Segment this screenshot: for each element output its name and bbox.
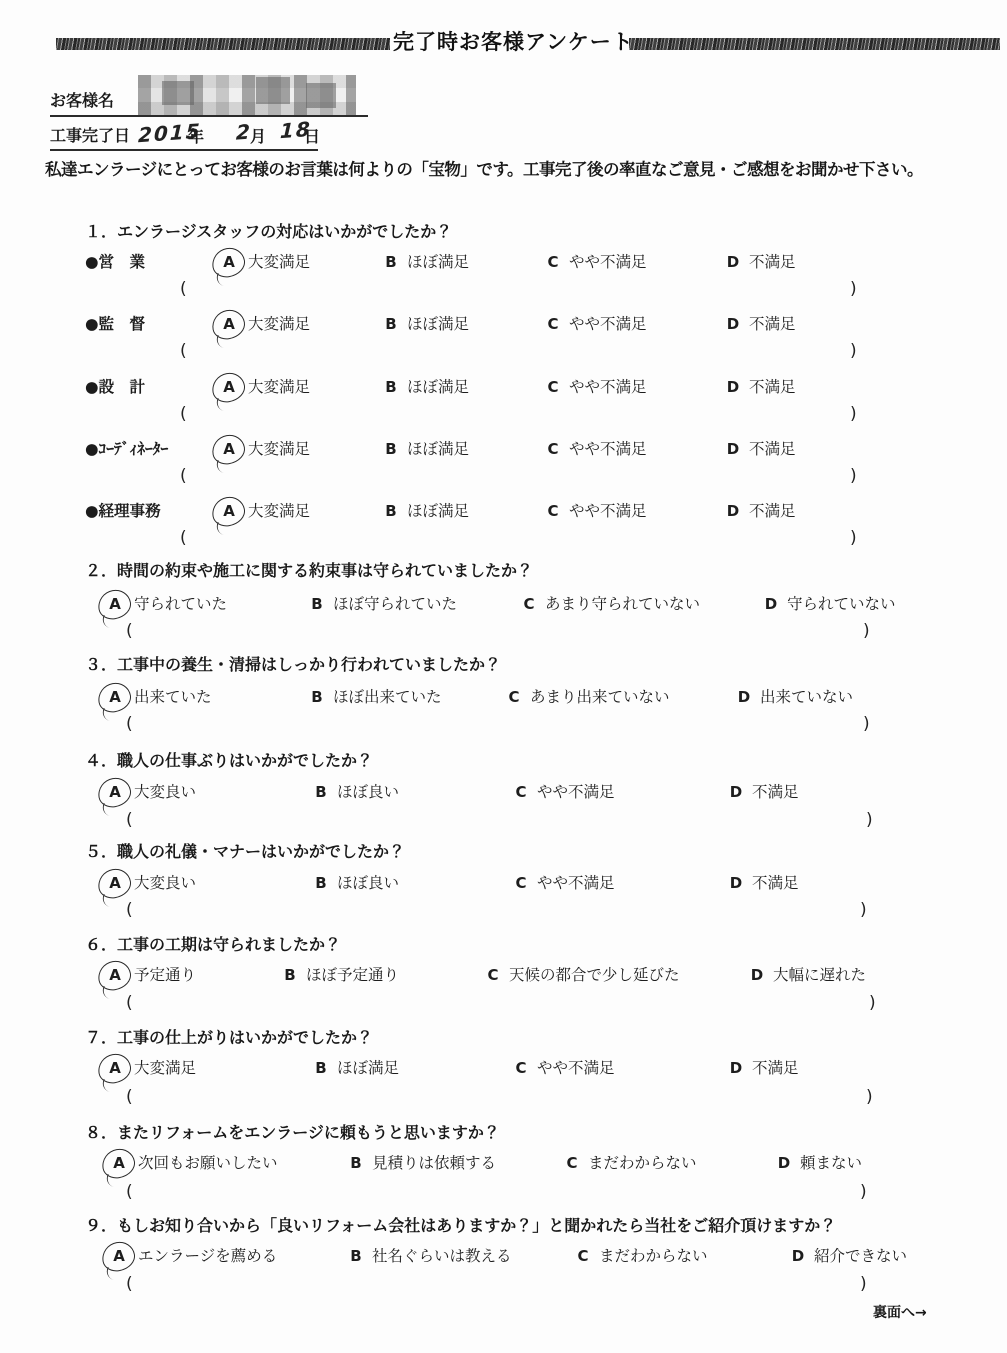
question-3-title: ３．工事中の養生・清掃はしっかり行われていましたか？ (85, 652, 501, 675)
q2-option-d: D守られていない (764, 592, 896, 614)
q1-sales-option-a: A大変満足 (222, 250, 310, 272)
customer-name-label: お客様名 (50, 88, 114, 111)
q9-option-a: Aエンラージを薦める (112, 1244, 277, 1266)
q4-option-b: Bほぼ良い (314, 780, 399, 802)
q1-design-option-b: Bほぼ満足 (384, 375, 469, 397)
question-5-title: ５．職人の礼儀・マナーはいかがでしたか？ (85, 839, 405, 862)
q5-comment-field: ( ) (0, 900, 1007, 924)
q9-options-row: Aエンラージを薦める B社名ぐらいは教える Cまだわからない D紹介できない (0, 1244, 1007, 1270)
q2-option-a: A守られていた (108, 592, 227, 614)
q3-options-row: A出来ていた Bほぼ出来ていた Cあまり出来ていない D出来ていない (0, 685, 1007, 711)
year-suffix: 年 (188, 124, 204, 147)
q1-subject-coordinator: ●ｺｰﾃﾞｨﾈｰﾀｰ (85, 437, 168, 459)
q7-option-b: Bほぼ満足 (314, 1056, 399, 1078)
q1-accounting-option-b: Bほぼ満足 (384, 499, 469, 521)
q1-subject-sales: ●営 業 (85, 250, 145, 272)
q1-coordinator-option-d: D不満足 (726, 437, 796, 459)
q6-option-c: C天候の都合で少し延びた (486, 963, 680, 985)
q1-subject-design: ●設 計 (85, 375, 145, 397)
q7-option-c: Cやや不満足 (514, 1056, 615, 1078)
redaction-block (306, 83, 336, 108)
q4-option-a: A大変良い (108, 780, 196, 802)
q1-design-option-c: Cやや不満足 (546, 375, 647, 397)
q7-comment-field: ( ) (0, 1087, 1007, 1111)
q8-option-d: D頼まない (777, 1151, 862, 1173)
q2-option-b: Bほぼ守られていた (310, 592, 457, 614)
q2-options-row: A守られていた Bほぼ守られていた Cあまり守られていない D守られていない (0, 592, 1007, 618)
q4-option-d: D不満足 (729, 780, 799, 802)
q3-option-d: D出来ていない (737, 685, 853, 707)
redaction-block (162, 81, 194, 105)
q1-design-option-a: A大変満足 (222, 375, 310, 397)
q1-subject-accounting: ●経理事務 (85, 499, 161, 521)
question-1-title: １．エンラージスタッフの対応はいかがでしたか？ (85, 219, 452, 242)
redaction-block (256, 77, 290, 104)
q1-row-coordinator: ●ｺｰﾃﾞｨﾈｰﾀｰ A大変満足 Bほぼ満足 Cやや不満足 D不満足 (0, 437, 1007, 463)
q2-comment-field: ( ) (0, 621, 1007, 645)
q5-option-b: Bほぼ良い (314, 871, 399, 893)
question-8-title: ８．またリフォームをエンラージに頼もうと思いますか？ (85, 1120, 500, 1143)
intro-text: 私達エンラージにとってお客様のお言葉は何よりの「宝物」です。工事完了後の率直なご… (45, 156, 995, 180)
q1-accounting-option-c: Cやや不満足 (546, 499, 647, 521)
q5-options-row: A大変良い Bほぼ良い Cやや不満足 D不満足 (0, 871, 1007, 897)
completion-date-label: 工事完了日 (50, 123, 130, 146)
q1-design-comment-field: ( ) (0, 404, 1007, 428)
q1-row-accounting: ●経理事務 A大変満足 Bほぼ満足 Cやや不満足 D不満足 (0, 499, 1007, 525)
q6-option-b: Bほぼ予定通り (283, 963, 399, 985)
q5-option-c: Cやや不満足 (514, 871, 615, 893)
q8-option-a: A次回もお願いしたい (112, 1151, 278, 1173)
question-9-title: ９．もしお知り合いから「良いリフォーム会社はありますか？」と聞かれたら当社をご紹… (85, 1213, 836, 1236)
q1-supervisor-option-d: D不満足 (726, 312, 796, 334)
q1-accounting-option-a: A大変満足 (222, 499, 310, 521)
q5-option-a: A大変良い (108, 871, 196, 893)
q1-coordinator-comment-field: ( ) (0, 466, 1007, 490)
q6-option-a: A予定通り (108, 963, 196, 985)
month-suffix: 月 (250, 124, 266, 147)
question-7-title: ７．工事の仕上がりはいかがでしたか？ (85, 1025, 373, 1048)
q1-supervisor-option-a: A大変満足 (222, 312, 310, 334)
q1-supervisor-comment-field: ( ) (0, 341, 1007, 365)
q1-sales-option-b: Bほぼ満足 (384, 250, 469, 272)
q9-option-d: D紹介できない (791, 1244, 907, 1266)
q8-comment-field: ( ) (0, 1182, 1007, 1206)
q1-sales-comment-field: ( ) (0, 279, 1007, 303)
q9-option-b: B社名ぐらいは教える (349, 1244, 512, 1266)
q1-sales-option-c: Cやや不満足 (546, 250, 647, 272)
q3-option-a: A出来ていた (108, 685, 212, 707)
q1-supervisor-option-c: Cやや不満足 (546, 312, 647, 334)
q1-row-design: ●設 計 A大変満足 Bほぼ満足 Cやや不満足 D不満足 (0, 375, 1007, 401)
q3-comment-field: ( ) (0, 714, 1007, 738)
q7-options-row: A大変満足 Bほぼ満足 Cやや不満足 D不満足 (0, 1056, 1007, 1082)
q3-option-b: Bほぼ出来ていた (310, 685, 442, 707)
q1-accounting-option-d: D不満足 (726, 499, 796, 521)
customer-name-underline (50, 115, 368, 117)
question-6-title: ６．工事の工期は守られましたか？ (85, 932, 341, 955)
q1-row-supervisor: ●監 督 A大変満足 Bほぼ満足 Cやや不満足 D不満足 (0, 312, 1007, 338)
q7-option-d: D不満足 (729, 1056, 799, 1078)
back-page-note: 裏面へ→ (873, 1302, 927, 1322)
q1-subject-supervisor: ●監 督 (85, 312, 145, 334)
completion-date-underline (50, 149, 318, 151)
q9-option-c: Cまだわからない (576, 1244, 708, 1266)
q6-option-d: D大幅に遅れた (750, 963, 866, 985)
q3-option-c: Cあまり出来ていない (507, 685, 670, 707)
customer-name-redacted (138, 75, 356, 115)
survey-form-page: 完了時お客様アンケート お客様名 工事完了日 2015 年 2 月 18 日 私… (0, 0, 1007, 1353)
question-2-title: ２．時間の約束や施工に関する約束事は守られていましたか？ (85, 558, 533, 581)
q6-options-row: A予定通り Bほぼ予定通り C天候の都合で少し延びた D大幅に遅れた (0, 963, 1007, 989)
q1-supervisor-option-b: Bほぼ満足 (384, 312, 469, 334)
q1-coordinator-option-a: A大変満足 (222, 437, 310, 459)
q1-coordinator-option-c: Cやや不満足 (546, 437, 647, 459)
question-4-title: ４．職人の仕事ぶりはいかがでしたか？ (85, 748, 373, 771)
q8-options-row: A次回もお願いしたい B見積りは依頼する Cまだわからない D頼まない (0, 1151, 1007, 1177)
q1-coordinator-option-b: Bほぼ満足 (384, 437, 469, 459)
page-title: 完了時お客様アンケート (393, 26, 629, 56)
q7-option-a: A大変満足 (108, 1056, 196, 1078)
q4-option-c: Cやや不満足 (514, 780, 615, 802)
q4-options-row: A大変良い Bほぼ良い Cやや不満足 D不満足 (0, 780, 1007, 806)
q9-comment-field: ( ) (0, 1274, 1007, 1298)
header-decoration-band-right (629, 38, 1000, 50)
q1-sales-option-d: D不満足 (726, 250, 796, 272)
q4-comment-field: ( ) (0, 810, 1007, 834)
q6-comment-field: ( ) (0, 993, 1007, 1017)
q1-row-sales: ●営 業 A大変満足 Bほぼ満足 Cやや不満足 D不満足 (0, 250, 1007, 276)
day-suffix: 日 (304, 124, 320, 147)
q8-option-b: B見積りは依頼する (349, 1151, 496, 1173)
q1-design-option-d: D不満足 (726, 375, 796, 397)
q5-option-d: D不満足 (729, 871, 799, 893)
q1-accounting-comment-field: ( ) (0, 528, 1007, 552)
q2-option-c: Cあまり守られていない (522, 592, 700, 614)
header-decoration-band-left (56, 38, 390, 50)
q8-option-c: Cまだわからない (565, 1151, 697, 1173)
